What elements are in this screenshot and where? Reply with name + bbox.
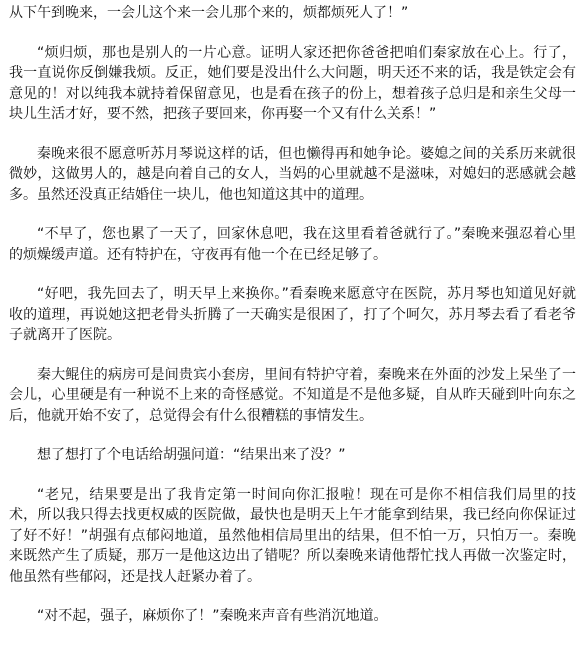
paragraph: “对不起，强子，麻烦你了！”秦晚来声音有些消沉地道。 — [9, 606, 576, 627]
document-page: 从下午到晚来，一会儿这个来一会儿那个来的，烦都烦死人了！” “烦归烦，那也是别人… — [0, 0, 584, 627]
paragraph: “不早了，您也累了一天了，回家休息吧，我在这里看着爸就行了。”秦晚来强忍着心里的… — [9, 224, 576, 265]
paragraph: 秦大鲲住的病房可是间贵宾小套房，里间有特护守着，秦晚来在外面的沙发上呆坐了一会儿… — [9, 365, 576, 427]
paragraph: “老兄，结果要是出了我肯定第一时间向你汇报啦！现在可是你不相信我们局里的技术，所… — [9, 485, 576, 588]
paragraph: “烦归烦，那也是别人的一片心意。证明人家还把你爸爸把咱们秦家放在心上。行了，我一… — [9, 43, 576, 125]
paragraph: 想了想打了个电话给胡强问道：“结果出来了没？” — [9, 445, 576, 466]
paragraph: “好吧，我先回去了，明天早上来换你。”看秦晚来愿意守在医院，苏月琴也知道见好就收… — [9, 284, 576, 346]
paragraph: 秦晚来很不愿意听苏月琴说这样的话，但也懒得再和她争论。婆媳之间的关系历来就很微妙… — [9, 144, 576, 206]
paragraph: 从下午到晚来，一会儿这个来一会儿那个来的，烦都烦死人了！” — [9, 3, 576, 24]
